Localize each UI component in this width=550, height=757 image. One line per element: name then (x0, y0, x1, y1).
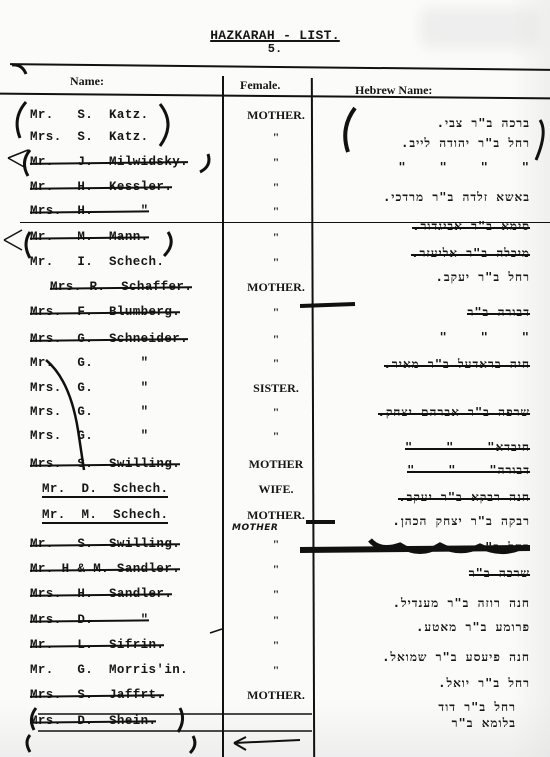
row-female-relation: " (226, 663, 326, 678)
row-hebrew-name: באשא זלדה ב"ר מרדכי. (383, 190, 530, 205)
row-hebrew-name: מיכלה ב"ר אליעזר. (411, 246, 530, 261)
row-name: Mr. S. Swilling. (30, 537, 180, 551)
column-divider-1 (222, 76, 224, 757)
row-hebrew-name: דבורה" " " (407, 463, 530, 478)
row-female-relation: MOTHER. (226, 108, 326, 123)
row-female-relation: " (226, 305, 326, 320)
row-name: Mrs. G. Schneider. (30, 332, 188, 346)
row-hebrew-name: רחל ב"ר דוד (438, 700, 516, 715)
row-name: Mrs. H. Sandler. (30, 587, 172, 601)
row-female-relation: " (226, 638, 326, 653)
row-hebrew-name: רחל ב"ר יעקב. (436, 270, 530, 285)
row-name: Mr. D. Schech. (42, 482, 168, 498)
row-name: Mrs. F. Blumberg. (30, 305, 180, 319)
row-female-relation: " (226, 130, 326, 145)
header-bottom-rule (0, 93, 550, 100)
row-name: Mr. H. Kessler. (30, 180, 172, 194)
row-name: Mrs. S. Swilling. (30, 457, 180, 471)
row-name: Mrs. G. " (30, 405, 149, 419)
row-name: Mr. G. " (30, 356, 149, 370)
row-female-relation: MOTHER. (226, 280, 326, 295)
row-female-relation: " (226, 537, 326, 552)
row-female-relation: " (226, 204, 326, 219)
row-female-relation: MOTHER. (226, 688, 326, 703)
row-hebrew-name: רחל ב"ר יהודה לייב. (401, 136, 530, 151)
row-hebrew-name: בלומא ב"ר (452, 716, 516, 731)
row-female-relation: " (226, 332, 326, 347)
row-female-relation: " (226, 155, 326, 170)
scanned-document-page: HAZKARAH - LIST. 5. Name: Female. Hebrew… (0, 0, 550, 757)
row-name: Mrs. S. Katz. (30, 130, 149, 144)
row-hebrew-name: חנה רוזה ב"ר מענדיל. (393, 596, 530, 611)
row-hebrew-name: חיבדא" " " (405, 440, 530, 455)
row-hebrew-name: רחל ב"ר (478, 540, 530, 555)
column-header-female: Female. (240, 78, 280, 93)
scan-smudge (420, 8, 540, 48)
row-hebrew-name: רבקה ב"ר יצחק הכהן. (393, 514, 531, 529)
column-header-hebrew: Hebrew Name: (355, 83, 432, 98)
row-female-relation: MOTHER. (226, 508, 326, 523)
row-hebrew-name: חנה רבקא ב"ר יעקב. (398, 490, 530, 505)
row-name: Mr. M. Schech. (42, 508, 168, 524)
row-name: Mr. H & M. Sandler. (30, 562, 180, 576)
row-female-relation: " (226, 230, 326, 245)
row-name: Mrs. R. Schaffer. (50, 280, 192, 294)
row-name: Mr. J. Milwidsky. (30, 155, 188, 169)
row-female-relation: " (226, 587, 326, 602)
document-title: HAZKARAH - LIST. (200, 28, 350, 43)
scan-shadow (510, 0, 550, 757)
row-hebrew-name: " " " " (398, 160, 530, 174)
row-hebrew-name: חנה פיעסע ב"ר שמואל. (382, 650, 530, 665)
row-hebrew-name: פרומע ב"ר מאטע. (416, 620, 530, 635)
page-number: 5. (255, 42, 295, 56)
table-top-rule (10, 63, 550, 71)
row-name: Mrs. D. " (30, 613, 149, 627)
row-name: Mrs. H. " (30, 204, 149, 218)
row-female-relation: SISTER. (226, 381, 326, 396)
row-name: Mr. L. Sifrin. (30, 638, 164, 652)
row-name: Mrs. G. " (30, 429, 149, 443)
row-name: Mr. G. Morris'in. (30, 663, 188, 677)
row-name: Mr. S. Katz. (30, 108, 149, 122)
row-hebrew-name: " " " (440, 330, 530, 344)
row-hebrew-name: שרכה ב"ר (469, 566, 530, 581)
row-name: Mr. I. Schech. (30, 255, 164, 269)
row-female-relation: " (226, 405, 326, 420)
row-name: Mrs. D. Shein. (30, 714, 156, 728)
column-header-name: Name: (70, 74, 104, 89)
row-hebrew-name: דבורה ב"ר (467, 305, 530, 320)
row-hebrew-name: ברכה ב"ר צבי. (437, 116, 530, 131)
row-female-relation: " (226, 562, 326, 577)
row-female-relation: " (226, 356, 326, 371)
row-female-relation: " (226, 429, 326, 444)
row-female-relation: " (226, 255, 326, 270)
row-female-relation: " (226, 180, 326, 195)
row-female-relation: " (226, 613, 326, 628)
row-hebrew-name: רחל ב"ר יואל. (438, 676, 530, 691)
row-name: Mr. M. Mann. (30, 230, 149, 244)
row-hebrew-name: חיה בראדעל ב"ר מאיר. (384, 357, 530, 372)
row-name: Mrs. G. " (30, 381, 149, 395)
row-hebrew-name: שרפה ב"ר אברהם יצחק. (378, 405, 530, 420)
row-female-relation: MOTHER (226, 457, 326, 472)
row-hebrew-name: סימא ב"ר אביגדור. (412, 219, 530, 234)
row-female-relation: WIFE. (226, 482, 326, 497)
row-name: Mrs. S. Jaffrt. (30, 688, 164, 702)
handwritten-note: MOTHER (232, 523, 278, 533)
